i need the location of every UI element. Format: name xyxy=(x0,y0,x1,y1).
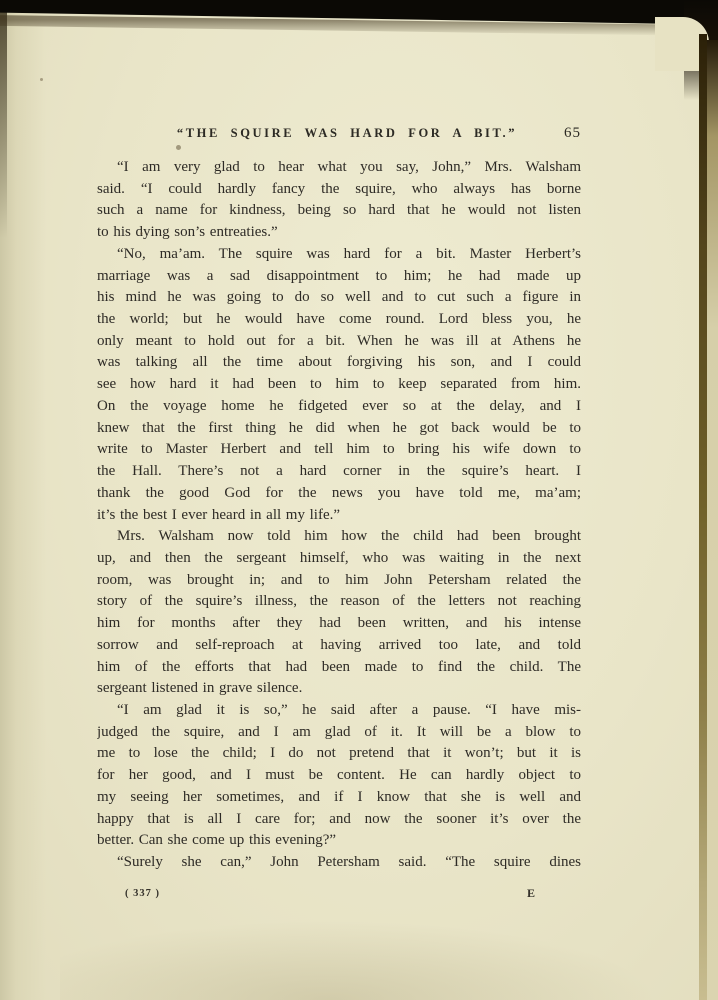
paper-speck xyxy=(140,232,143,235)
text-line: “Surely she can,” John Petersham said. “… xyxy=(97,852,581,874)
text-line: me to lose the child; I do not pretend t… xyxy=(97,743,581,765)
text-line: happy that is all I care for; and now th… xyxy=(97,809,581,831)
signature-mark: ( 337 ) xyxy=(125,888,160,899)
paragraph: “Surely she can,” John Petersham said. “… xyxy=(97,852,581,874)
text-line: for her good, and I must be content. He … xyxy=(97,765,581,787)
text-line: better. Can she come up this evening?” xyxy=(97,830,581,852)
text-line: “I am very glad to hear what you say, Jo… xyxy=(97,157,581,179)
text-line: marriage was a sad disappointment to him… xyxy=(97,266,581,288)
paragraph: “I am very glad to hear what you say, Jo… xyxy=(97,157,581,244)
text-line: room, was brought in; and to him John Pe… xyxy=(97,570,581,592)
book-page-scan: “THE SQUIRE WAS HARD FOR A BIT.” 65 “I a… xyxy=(0,0,718,1000)
page-paper: “THE SQUIRE WAS HARD FOR A BIT.” 65 “I a… xyxy=(0,0,718,1000)
text-line: such a name for kindness, being so hard … xyxy=(97,200,581,222)
gutter-shadow-top xyxy=(0,8,7,238)
paper-speck xyxy=(40,78,43,81)
text-line: was talking all the time about forgiving… xyxy=(97,352,581,374)
text-line: “I am glad it is so,” he said after a pa… xyxy=(97,700,581,722)
running-header: “THE SQUIRE WAS HARD FOR A BIT.” 65 xyxy=(97,126,581,144)
page-bottom-shadow xyxy=(60,920,658,1000)
text-line: story of the squire’s illness, the reaso… xyxy=(97,591,581,613)
paper-speck xyxy=(176,145,181,150)
gathering-letter: E xyxy=(527,886,536,901)
text-line: the world; but he would have come round.… xyxy=(97,309,581,331)
paragraph: “I am glad it is so,” he said after a pa… xyxy=(97,700,581,852)
text-line: the Hall. There’s not a hard corner in t… xyxy=(97,461,581,483)
text-line: to his dying son’s entreaties.” xyxy=(97,222,581,244)
page-number: 65 xyxy=(564,125,581,142)
text-line: only meant to hold out for a bit. When h… xyxy=(97,331,581,353)
paragraph: Mrs. Walsham now told him how the child … xyxy=(97,526,581,700)
text-line: him of the efforts that had been made to… xyxy=(97,657,581,679)
text-line: my seeing her sometimes, and if I know t… xyxy=(97,787,581,809)
text-line: it’s the best I ever heard in all my lif… xyxy=(97,505,581,527)
text-line: up, and then the sergeant himself, who w… xyxy=(97,548,581,570)
text-line: knew that the first thing he did when he… xyxy=(97,418,581,440)
book-edge-leaves xyxy=(707,40,718,1000)
text-line: sorrow and self-reproach at having arriv… xyxy=(97,635,581,657)
text-line: “No, ma’am. The squire was hard for a bi… xyxy=(97,244,581,266)
text-line: his mind he was going to do so well and … xyxy=(97,287,581,309)
text-line: said. “I could hardly fancy the squire, … xyxy=(97,179,581,201)
text-line: Mrs. Walsham now told him how the child … xyxy=(97,526,581,548)
text-line: On the voyage home he fidgeted ever so a… xyxy=(97,396,581,418)
running-title: “THE SQUIRE WAS HARD FOR A BIT.” xyxy=(105,126,589,141)
text-line: judged the squire, and I am glad of it. … xyxy=(97,722,581,744)
text-line: thank the good God for the news you have… xyxy=(97,483,581,505)
text-line: write to Master Herbert and tell him to … xyxy=(97,439,581,461)
text-line: see how hard it had been to him to keep … xyxy=(97,374,581,396)
text-line: him for months after they had been writt… xyxy=(97,613,581,635)
body-text: “I am very glad to hear what you say, Jo… xyxy=(97,157,581,874)
book-edge-line xyxy=(699,34,707,1000)
paragraph: “No, ma’am. The squire was hard for a bi… xyxy=(97,244,581,526)
page-footer: ( 337 ) E xyxy=(97,886,581,902)
text-line: sergeant listened in grave silence. xyxy=(97,678,581,700)
